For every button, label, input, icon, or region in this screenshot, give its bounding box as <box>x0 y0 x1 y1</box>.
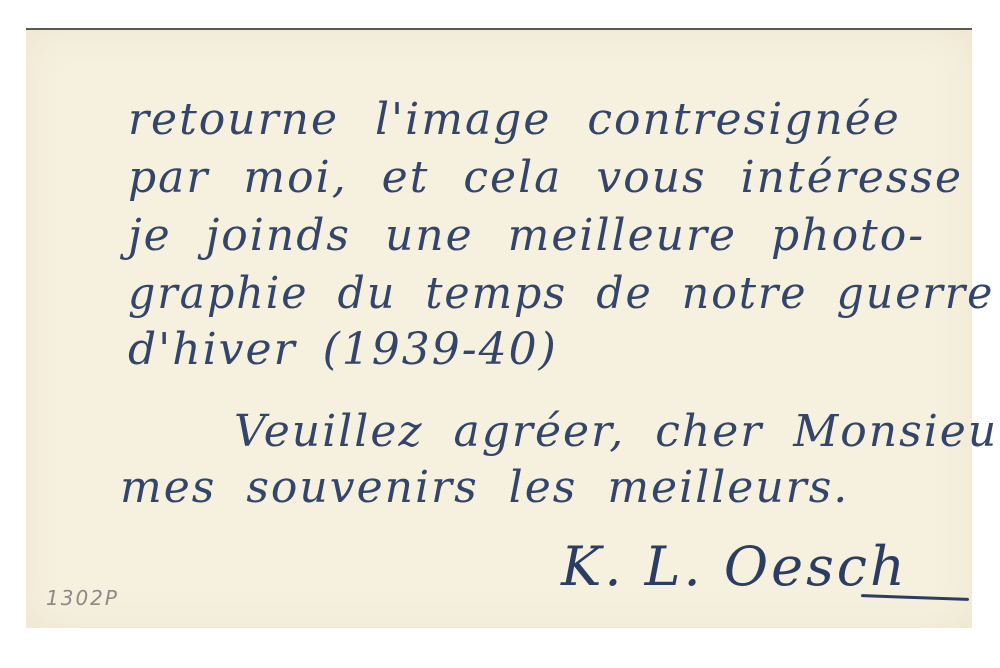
body-line-1: retourne l'image contresignée <box>128 98 901 142</box>
handwritten-card: retourne l'image contresignée par moi, e… <box>26 28 972 628</box>
body-line-3: je joinds une meilleure photo- <box>128 214 925 258</box>
pencil-annotation: 1302P <box>46 586 119 610</box>
body-line-4: graphie du temps de notre guerre <box>128 272 994 316</box>
closing-line-1: Veuillez agréer, cher Monsieur, <box>234 410 1000 454</box>
body-line-5: d'hiver (1939-40) <box>128 328 558 372</box>
signature: K. L. Oesch <box>561 535 908 598</box>
signature-flourish <box>861 594 969 601</box>
body-line-2: par moi, et cela vous intéresse <box>128 156 963 200</box>
closing-line-2: mes souvenirs les meilleurs. <box>120 466 849 510</box>
